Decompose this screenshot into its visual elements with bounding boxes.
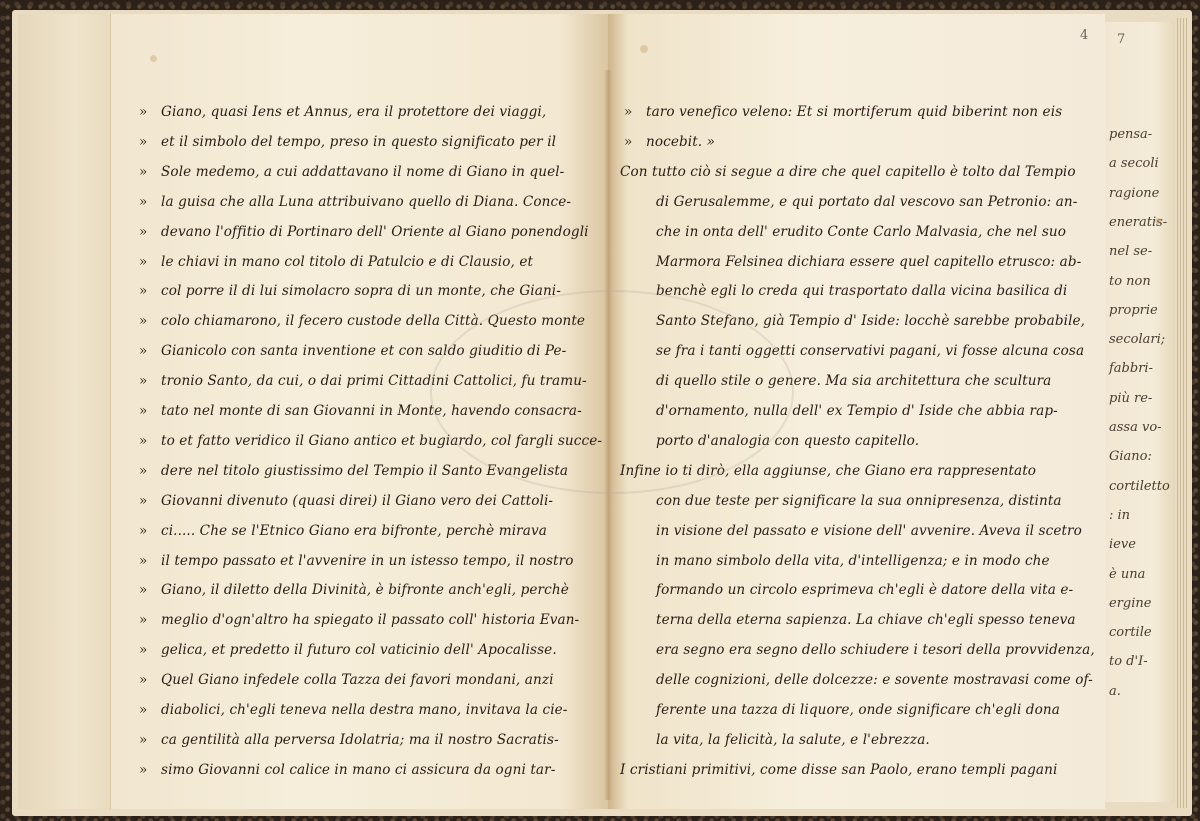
line-text: Sole medemo, a cui addattavano il nome d… <box>161 164 564 180</box>
line-text: d'ornamento, nulla dell' ex Tempio d' Is… <box>656 403 1058 419</box>
line-text: ci..... Che se l'Etnico Giano era bifron… <box>161 523 547 539</box>
manuscript-line: Marmora Felsinea dichiara essere quel ca… <box>656 254 1081 270</box>
right-page: 4 »taro venefico veleno: Et si mortiferu… <box>608 14 1105 809</box>
next-page-fragment: proprie <box>1109 303 1158 318</box>
next-page-edge: 7 pensa-a secoliragioneeneratis-nel se-t… <box>1105 22 1179 802</box>
line-text: devano l'offitio di Portinaro dell' Orie… <box>161 224 589 240</box>
manuscript-line: »et il simbolo del tempo, preso in quest… <box>139 134 556 150</box>
quotation-mark: » <box>139 642 161 658</box>
line-text: col porre il di lui simolacro sopra di u… <box>161 283 561 299</box>
quotation-mark: » <box>139 463 161 479</box>
line-text: nocebit. » <box>646 134 715 150</box>
manuscript-line: I cristiani primitivi, come disse san Pa… <box>620 762 1057 778</box>
manuscript-line: in visione del passato e visione dell' a… <box>656 523 1082 539</box>
manuscript-line: »nocebit. » <box>624 134 715 150</box>
line-text: porto d'analogia con questo capitello. <box>656 433 919 449</box>
line-text: delle cognizioni, delle dolcezze: e sove… <box>656 672 1093 688</box>
line-text: benchè egli lo creda qui trasportato dal… <box>656 283 1067 299</box>
manuscript-line: porto d'analogia con questo capitello. <box>656 433 919 449</box>
manuscript-line: »le chiavi in mano col titolo di Patulci… <box>139 254 533 270</box>
line-text: se fra i tanti oggetti conservativi paga… <box>656 343 1084 359</box>
next-page-fragment: secolari; <box>1109 332 1165 347</box>
manuscript-line: »dere nel titolo giustissimo del Tempio … <box>139 463 568 479</box>
manuscript-line: »diabolici, ch'egli teneva nella destra … <box>139 702 568 718</box>
next-page-fragment: Giano: <box>1109 449 1152 464</box>
manuscript-line: »il tempo passato et l'avvenire in un is… <box>139 553 574 569</box>
book-gutter <box>604 70 612 800</box>
quotation-mark: » <box>139 553 161 569</box>
manuscript-line: »Sole medemo, a cui addattavano il nome … <box>139 164 564 180</box>
quotation-mark: » <box>139 224 161 240</box>
line-text: in visione del passato e visione dell' a… <box>656 523 1082 539</box>
quotation-mark: » <box>139 762 161 778</box>
line-text: Giano, il diletto della Divinità, è bifr… <box>161 582 569 598</box>
manuscript-line: »meglio d'ogn'altro ha spiegato il passa… <box>139 612 579 628</box>
line-text: era segno era segno dello schiudere i te… <box>656 642 1095 658</box>
manuscript-line: terna della eterna sapienza. La chiave c… <box>656 612 1076 628</box>
line-text: simo Giovanni col calice in mano ci assi… <box>161 762 555 778</box>
quotation-mark: » <box>139 523 161 539</box>
manuscript-line: in mano simbolo della vita, d'intelligen… <box>656 553 1050 569</box>
manuscript-line: »Giano, il diletto della Divinità, è bif… <box>139 582 569 598</box>
next-page-fragment: ergine <box>1109 596 1151 611</box>
manuscript-line: »tronio Santo, da cui, o dai primi Citta… <box>139 373 587 389</box>
line-text: colo chiamarono, il fecero custode della… <box>161 313 585 329</box>
quotation-mark: » <box>139 254 161 270</box>
line-text: la guisa che alla Luna attribuivano quel… <box>161 194 571 210</box>
line-text: tronio Santo, da cui, o dai primi Cittad… <box>161 373 587 389</box>
line-text: la vita, la felicità, la salute, e l'ebr… <box>656 732 930 748</box>
manuscript-line: »Gianicolo con santa inventione et con s… <box>139 343 566 359</box>
manuscript-line: »col porre il di lui simolacro sopra di … <box>139 283 561 299</box>
manuscript-line: Infine io ti dirò, ella aggiunse, che Gi… <box>620 463 1036 479</box>
line-text: Infine io ti dirò, ella aggiunse, che Gi… <box>620 463 1036 479</box>
next-page-fragment: nel se- <box>1109 244 1152 259</box>
next-page-fragment: assa vo- <box>1109 420 1162 435</box>
next-page-fragment: più re- <box>1109 391 1152 406</box>
line-text: I cristiani primitivi, come disse san Pa… <box>620 762 1057 778</box>
manuscript-line: Con tutto ciò si segue a dire che quel c… <box>620 164 1076 180</box>
line-text: Giovanni divenuto (quasi direi) il Giano… <box>161 493 553 509</box>
manuscript-line: che in onta dell' erudito Conte Carlo Ma… <box>656 224 1066 240</box>
manuscript-line: »colo chiamarono, il fecero custode dell… <box>139 313 585 329</box>
line-text: le chiavi in mano col titolo di Patulcio… <box>161 254 533 270</box>
quotation-mark: » <box>624 104 646 120</box>
next-page-fragment: è una <box>1109 567 1145 582</box>
quotation-mark: » <box>624 134 646 150</box>
manuscript-line: ferente una tazza di liquore, onde signi… <box>656 702 1060 718</box>
quotation-mark: » <box>139 104 161 120</box>
line-text: Santo Stefano, già Tempio d' Iside: locc… <box>656 313 1085 329</box>
line-text: dere nel titolo giustissimo del Tempio i… <box>161 463 568 479</box>
line-text: Con tutto ciò si segue a dire che quel c… <box>620 164 1076 180</box>
line-text: terna della eterna sapienza. La chiave c… <box>656 612 1076 628</box>
manuscript-line: Santo Stefano, già Tempio d' Iside: locc… <box>656 313 1085 329</box>
next-page-number: 7 <box>1117 32 1125 47</box>
manuscript-line: »Quel Giano infedele colla Tazza dei fav… <box>139 672 554 688</box>
line-text: il tempo passato et l'avvenire in un ist… <box>161 553 574 569</box>
manuscript-line: con due teste per significare la sua onn… <box>656 493 1062 509</box>
manuscript-line: »gelica, et predetto il futuro col vatic… <box>139 642 557 658</box>
manuscript-line: »taro venefico veleno: Et si mortiferum … <box>624 104 1062 120</box>
manuscript-line: era segno era segno dello schiudere i te… <box>656 642 1095 658</box>
line-text: tato nel monte di san Giovanni in Monte,… <box>161 403 582 419</box>
line-text: ca gentilità alla perversa Idolatria; ma… <box>161 732 559 748</box>
quotation-mark: » <box>139 672 161 688</box>
page-edges <box>1175 18 1189 808</box>
quotation-mark: » <box>139 582 161 598</box>
next-page-fragment: cortiletto <box>1109 479 1170 494</box>
manuscript-line: »tato nel monte di san Giovanni in Monte… <box>139 403 582 419</box>
next-page-fragment: ieve <box>1109 537 1136 552</box>
manuscript-line: d'ornamento, nulla dell' ex Tempio d' Is… <box>656 403 1058 419</box>
manuscript-line: benchè egli lo creda qui trasportato dal… <box>656 283 1067 299</box>
line-text: meglio d'ogn'altro ha spiegato il passat… <box>161 612 579 628</box>
manuscript-line: la vita, la felicità, la salute, e l'ebr… <box>656 732 930 748</box>
manuscript-line: »ci..... Che se l'Etnico Giano era bifro… <box>139 523 547 539</box>
line-text: che in onta dell' erudito Conte Carlo Ma… <box>656 224 1066 240</box>
quotation-mark: » <box>139 403 161 419</box>
quotation-mark: » <box>139 702 161 718</box>
line-text: Giano, quasi Iens et Annus, era il prote… <box>161 104 546 120</box>
foxing-stain <box>150 55 157 62</box>
quotation-mark: » <box>139 313 161 329</box>
line-text: in mano simbolo della vita, d'intelligen… <box>656 553 1050 569</box>
quotation-mark: » <box>139 283 161 299</box>
quotation-mark: » <box>139 493 161 509</box>
next-page-fragment: pensa- <box>1109 127 1152 142</box>
line-text: Quel Giano infedele colla Tazza dei favo… <box>161 672 554 688</box>
quotation-mark: » <box>139 164 161 180</box>
next-page-fragment: a secoli <box>1109 156 1159 171</box>
manuscript-line: »devano l'offitio di Portinaro dell' Ori… <box>139 224 589 240</box>
next-page-fragment: a. <box>1109 684 1121 699</box>
manuscript-line: di Gerusalemme, e qui portato dal vescov… <box>656 194 1077 210</box>
next-page-fragment: ragione <box>1109 186 1159 201</box>
next-page-fragment: to d'I- <box>1109 654 1148 669</box>
manuscript-line: delle cognizioni, delle dolcezze: e sove… <box>656 672 1093 688</box>
quotation-mark: » <box>139 134 161 150</box>
page-number: 4 <box>1080 28 1088 43</box>
line-text: Marmora Felsinea dichiara essere quel ca… <box>656 254 1081 270</box>
line-text: et il simbolo del tempo, preso in questo… <box>161 134 556 150</box>
manuscript-line: »ca gentilità alla perversa Idolatria; m… <box>139 732 559 748</box>
quotation-mark: » <box>139 732 161 748</box>
manuscript-line: »to et fatto veridico il Giano antico et… <box>139 433 602 449</box>
manuscript-line: »Giovanni divenuto (quasi direi) il Gian… <box>139 493 553 509</box>
line-text: di Gerusalemme, e qui portato dal vescov… <box>656 194 1077 210</box>
manuscript-line: »Giano, quasi Iens et Annus, era il prot… <box>139 104 546 120</box>
line-text: to et fatto veridico il Giano antico et … <box>161 433 602 449</box>
line-text: Gianicolo con santa inventione et con sa… <box>161 343 566 359</box>
foxing-stain <box>640 45 648 53</box>
quotation-mark: » <box>139 612 161 628</box>
next-page-fragment: : in <box>1109 508 1130 523</box>
manuscript-line: di quello stile o genere. Ma sia archite… <box>656 373 1051 389</box>
manuscript-line: »la guisa che alla Luna attribuivano que… <box>139 194 571 210</box>
next-page-fragment: fabbri- <box>1109 361 1153 376</box>
manuscript-line: se fra i tanti oggetti conservativi paga… <box>656 343 1084 359</box>
line-text: gelica, et predetto il futuro col vatici… <box>161 642 557 658</box>
flyleaf <box>18 14 114 809</box>
quotation-mark: » <box>139 194 161 210</box>
quotation-mark: » <box>139 433 161 449</box>
line-text: con due teste per significare la sua onn… <box>656 493 1062 509</box>
quotation-mark: » <box>139 373 161 389</box>
line-text: ferente una tazza di liquore, onde signi… <box>656 702 1060 718</box>
next-page-fragment: cortile <box>1109 625 1152 640</box>
left-page: »Giano, quasi Iens et Annus, era il prot… <box>110 14 609 809</box>
quotation-mark: » <box>139 343 161 359</box>
next-page-fragment: to non <box>1109 274 1151 289</box>
foxing-stain <box>1155 218 1161 224</box>
line-text: formando un circolo esprimeva ch'egli è … <box>656 582 1073 598</box>
line-text: taro venefico veleno: Et si mortiferum q… <box>646 104 1062 120</box>
line-text: diabolici, ch'egli teneva nella destra m… <box>161 702 568 718</box>
manuscript-line: formando un circolo esprimeva ch'egli è … <box>656 582 1073 598</box>
manuscript-line: »simo Giovanni col calice in mano ci ass… <box>139 762 555 778</box>
line-text: di quello stile o genere. Ma sia archite… <box>656 373 1051 389</box>
